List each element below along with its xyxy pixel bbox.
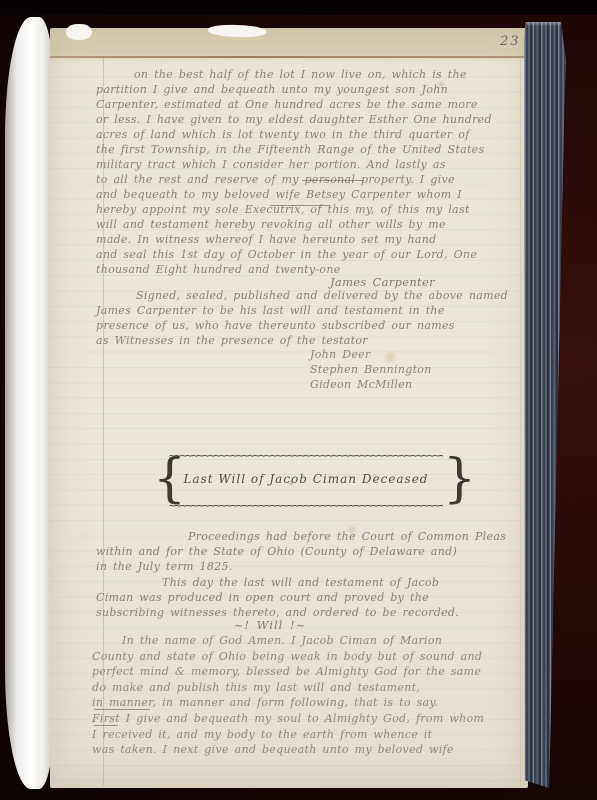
probate-proceedings: Proceedings had before the Court of Comm… — [96, 529, 526, 620]
text-line: and seal this 1st day of October in the … — [96, 247, 526, 262]
text-line: Gideon McMillen — [310, 377, 432, 392]
book-photo: { "page_number": "23", "colors": { "pape… — [0, 0, 597, 800]
ledger-page: 23 on the best half of the lot I now liv… — [50, 28, 528, 788]
text-line: within and for the State of Ohio (County… — [96, 544, 526, 559]
text-line: military tract which I consider her port… — [96, 157, 526, 172]
text-line: County and state of Ohio being weak in b… — [92, 649, 528, 665]
text-line: thousand Eight hundred and twenty-one — [96, 262, 526, 277]
text-line: partition I give and bequeath unto my yo… — [96, 82, 526, 97]
text-line: In the name of God Amen. I Jacob Ciman o… — [92, 633, 528, 649]
text-line: Signed, sealed, published and delivered … — [96, 288, 526, 303]
paper-stain — [436, 80, 446, 89]
paper-stain — [288, 480, 294, 486]
text-line: I received it, and my body to the earth … — [92, 727, 528, 743]
text-line: on the best half of the lot I now live o… — [96, 67, 526, 82]
paper-stain — [382, 350, 398, 364]
text-line: as Witnesses in the presence of the test… — [96, 333, 526, 348]
squiggle-border-bottom: ~~~~~~~~~~~~~~~~~~~~~~~~~~~~~~~~~~~~~~~~… — [169, 502, 443, 510]
text-line: Carpenter, estimated at One hundred acre… — [96, 97, 526, 112]
text-line: Stephen Bennington — [310, 362, 432, 377]
brace-right-icon: } — [443, 450, 476, 508]
text-line: will and testament hereby revoking all o… — [96, 217, 526, 232]
torn-notch — [208, 24, 266, 38]
attestation-paragraph: Signed, sealed, published and delivered … — [96, 288, 526, 348]
text-line: First I give and bequeath my soul to Alm… — [92, 711, 528, 727]
will-heading: ~! Will !~ — [170, 618, 370, 633]
text-line: and bequeath to my beloved wife Betsey C… — [96, 187, 526, 202]
page-number: 23 — [500, 34, 521, 49]
title-text: Last Will of Jacob Ciman Deceased — [177, 472, 435, 486]
text-line: in the July term 1825. — [96, 559, 526, 574]
text-line: James Carpenter to be his last will and … — [96, 303, 526, 318]
text-line: perfect mind & memory, blessed be Almigh… — [92, 664, 528, 680]
text-line: Proceedings had before the Court of Comm… — [96, 529, 526, 544]
fore-edge-pages — [524, 22, 566, 788]
ciman-will-body: In the name of God Amen. I Jacob Ciman o… — [92, 633, 528, 758]
text-line: do make and publish this my last will an… — [92, 680, 528, 696]
witness-list: John DeerStephen BenningtonGideon McMill… — [310, 347, 432, 392]
ciman-will-title-box: ~~~~~~~~~~~~~~~~~~~~~~~~~~~~~~~~~~~~~~~~… — [155, 452, 457, 510]
text-line: made. In witness whereof I have hereunto… — [96, 232, 526, 247]
text-line: acres of land which is lot twenty two in… — [96, 127, 526, 142]
text-line: the first Township, in the Fifteenth Ran… — [96, 142, 526, 157]
squiggle-border-top: ~~~~~~~~~~~~~~~~~~~~~~~~~~~~~~~~~~~~~~~~… — [169, 452, 443, 460]
torn-notch — [66, 24, 92, 40]
paper-stain — [346, 524, 358, 535]
ink-strikethrough — [270, 205, 330, 206]
text-line: presence of us, who have thereunto subsc… — [96, 318, 526, 333]
text-line: was taken. I next give and bequeath unto… — [92, 742, 528, 758]
gutter-page-edge — [5, 17, 53, 789]
text-line: Ciman was produced in open court and pro… — [96, 590, 526, 605]
carpenter-will-body: on the best half of the lot I now live o… — [96, 67, 526, 277]
ink-underline — [302, 180, 364, 181]
head-rule-horizontal — [50, 56, 528, 58]
text-line: in manner, in manner and form following,… — [92, 695, 528, 711]
text-line: This day the last will and testament of … — [96, 575, 526, 590]
binding-shadow-top — [0, 0, 597, 15]
text-line: John Deer — [310, 347, 432, 362]
text-line: or less. I have given to my eldest daugh… — [96, 112, 526, 127]
